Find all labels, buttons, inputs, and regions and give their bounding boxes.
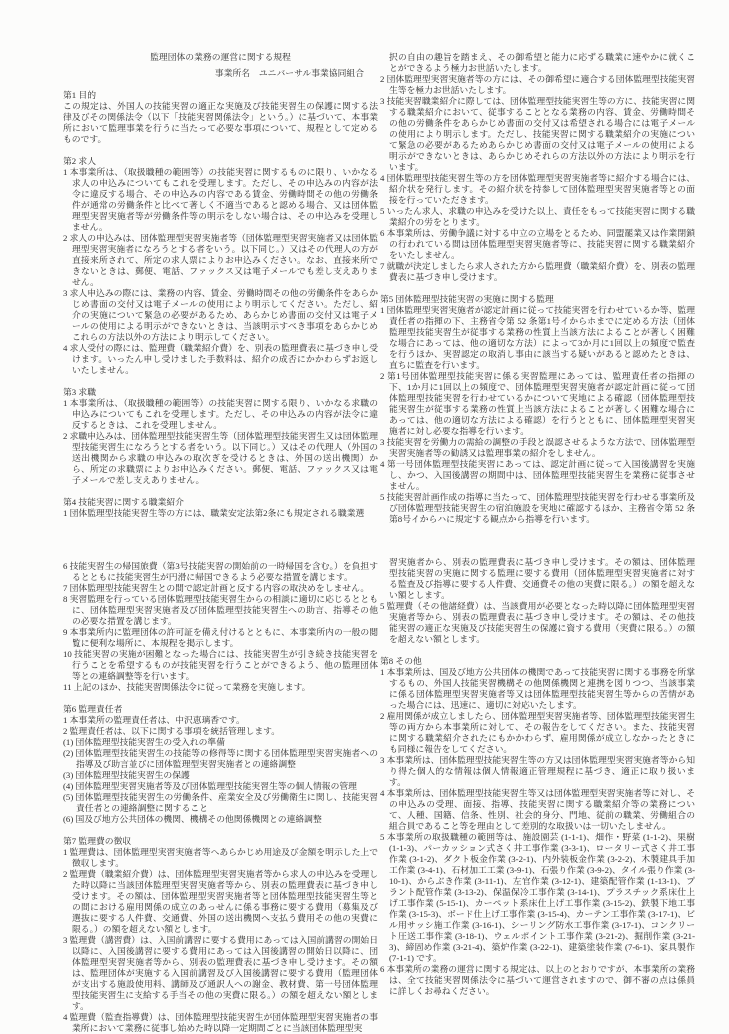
page-bottom-right: 習実施者から、別表の監理費表に基づき申し受けます。その額は、団体監理型技能実習の…	[380, 557, 695, 997]
text-line: 2 監理費（職業紹介費）は、団体監理型実習実施者等から求人の申込みを受理した時以…	[63, 869, 378, 935]
text-line: 3 技能実習職業紹介に際しては、団体監理型技能実習生等の方に、技能実習に関する職…	[380, 96, 695, 173]
text-line: 択の自由の趣旨を踏まえ、その御希望と能力に応ずる職業に速やかに就くことができるよ…	[380, 52, 695, 74]
text-line: 4 団体監理型技能実習生等の方を団体監理型実習実施者等に紹介する場合には、紹介状…	[380, 173, 695, 206]
text-line: 5 技能実習計画作成の指導に当たって、団体監理型技能実習を行わせる事業所及び団体…	[380, 492, 695, 525]
text-line: 6 本事業所の業務の運営に関する規定は、以上のとおりですが、本事業所の業務は、全…	[380, 964, 695, 997]
text-line: 2 求職申込みは、団体監理型技能実習生等（団体監理型技能実習生又は団体監理型技能…	[63, 431, 378, 486]
text-line: 3 技能実習を労働力の需給の調整の手段と誤認させるような方法で、団体監理型実習実…	[380, 437, 695, 459]
spacer	[63, 145, 378, 156]
text-line: 6 本事業所は、労働争議に対する中立の立場をとるため、同盟罷業又は作業閉鎖の行わ…	[380, 228, 695, 261]
spacer	[63, 486, 378, 497]
spacer	[380, 283, 695, 294]
text-line: 2 雇用関係が成立しましたら、団体監理型実習実施者等、団体監理型技能実習生等の両…	[380, 711, 695, 755]
text-line: 4 監理費（監査指導費）は、団体監理型技能実習生が団体監理型実習実施者の事業所に…	[63, 1012, 378, 1034]
text-line: 8 実習監理を行っている団体監理型技能実習生からの相談に適切に応じるとともに、団…	[63, 594, 378, 627]
text-line: この規定は、外国人の技能実習の適正な実施及び技能実習生の保護に関する法律及びその…	[63, 101, 378, 145]
text-line: 7 団体監理型技能実習生との間で認定計画と反する内容の取決めをしません。	[63, 583, 378, 594]
text-line: 6 技能実習生の帰国旅費（第3号技能実習の開始前の一時帰国を含む。）を負担すると…	[63, 561, 378, 583]
page-bottom-left: 6 技能実習生の帰国旅費（第3号技能実習の開始前の一時帰国を含む。）を負担すると…	[63, 561, 378, 1034]
page-top-right: 択の自由の趣旨を踏まえ、その御希望と能力に応ずる職業に速やかに就くことができるよ…	[380, 52, 695, 525]
spacer	[63, 693, 378, 704]
document-sheet: 監理団体の業務の運営に関する規程事業所名 ユニバーサル事業協同組合第1 目的この…	[0, 0, 729, 1024]
section-heading: 第8 その他	[380, 656, 695, 667]
text-line: 1 監理費は、団体監理型実習実施者等へあらかじめ用途及び金額を明示した上で徴収し…	[63, 847, 378, 869]
text-line: 4 本事業所は、団体監理型技能実習生等又は団体監理型実習実施者等に対し、その申込…	[380, 788, 695, 832]
spacer	[63, 825, 378, 836]
section-heading: 第6 監理責任者	[63, 704, 378, 715]
text-line: 4 第一号団体監理型技能実習にあっては、認定計画に従って入国後講習を実施し、かつ…	[380, 459, 695, 492]
text-line: (4) 団体監理型実習実施者等及び団体監理型技能実習生等の個人情報の管理	[63, 781, 378, 792]
text-line: 11 上記のほか、技能実習関係法令に従って業務を実施します。	[63, 682, 378, 693]
section-heading: 第4 技能実習に関する職業紹介	[63, 497, 378, 508]
text-line: 1 団体監理型技能実習生等の方には、職業安定法第2条にも規定される職業選	[63, 508, 378, 519]
text-line: (2) 団体監理型技能実習生の技能等の修得等に関する団体監理型実習実施者への指導…	[63, 748, 378, 770]
text-line: 5 いったん求人、求職の申込みを受けた以上、責任をもって技能実習に関する職業紹介…	[380, 206, 695, 228]
text-line: 3 本事業所は、団体監理型技能実習生等の方又は団体監理型実習実施者等から知り得た…	[380, 755, 695, 788]
text-line: 1 本事業所は、（取扱職種の範囲等）の技能実習に関するものに限り、いかなる求人の…	[63, 167, 378, 233]
spacer	[380, 645, 695, 656]
text-line: (5) 団体監理型技能実習生の労働条件、産業安全及び労働衛生に関し、技能実習責任…	[63, 792, 378, 814]
text-line: 1 本事業所は、国及び地方公共団体の機関であって技能実習に関する事務を所掌するも…	[380, 667, 695, 711]
section-heading: 第3 求職	[63, 387, 378, 398]
office-name: 事業所名 ユニバーサル事業協同組合	[63, 68, 378, 79]
text-line: 10 技能実習の実施が困難となった場合には、技能実習生が引き続き技能実習を行うこ…	[63, 649, 378, 682]
text-line: 2 第1号団体監理型技能実習に係る実習監理にあっては、監理責任者の指揮の下、1か…	[380, 371, 695, 437]
text-line: 5 本事業所の取扱職種の範囲等は、施設園芸 (1-1-1)、畑作・野菜 (1-1…	[380, 832, 695, 964]
text-line: 2 団体監理型実習実施者等の方には、その御希望に適合する団体監理型技能実習生等を…	[380, 74, 695, 96]
doc-title: 監理団体の業務の運営に関する規程	[63, 52, 378, 63]
text-line: 3 求人申込みの際には、業務の内容、賃金、労働時間その他の労働条件をあらかじめ書…	[63, 288, 378, 343]
text-line: 2 求人の申込みは、団体監理型実習実施者等（団体監理型実習実施者又は団体監理型実…	[63, 233, 378, 288]
text-line: 1 団体監理型実習実施者が認定計画に従って技能実習を行わせているか等、監理責任者…	[380, 305, 695, 371]
text-line: 習実施者から、別表の監理費表に基づき申し受けます。その額は、団体監理型技能実習の…	[380, 557, 695, 601]
text-line: (6) 国及び地方公共団体の機関、機構その他関係機関との連絡調整	[63, 814, 378, 825]
text-line: 2 監理責任者は、以下に関する事項を統括管理します。	[63, 726, 378, 737]
spacer	[63, 79, 378, 90]
text-line: 1 本事業所は、（取扱職種の範囲等）の技能実習に関する限り、いかなる求職の申込み…	[63, 398, 378, 431]
spacer	[63, 376, 378, 387]
text-line: (1) 団体監理型技能実習生の受入れの準備	[63, 737, 378, 748]
text-line: 7 就職が決定しましたら求人された方から監理費（職業紹介費）を、別表の監理費表に…	[380, 261, 695, 283]
text-line: (3) 団体監理型技能実習生の保護	[63, 770, 378, 781]
text-line: 3 監理費（講習費）は、入国前講習に要する費用にあっては入国前講習の開始日以降に…	[63, 935, 378, 1012]
page-top-left: 監理団体の業務の運営に関する規程事業所名 ユニバーサル事業協同組合第1 目的この…	[63, 52, 378, 519]
text-line: 4 求人受付の際には、監理費（職業紹介費）を、別表の監理費表に基づき申し受けます…	[63, 343, 378, 376]
section-heading: 第2 求人	[63, 156, 378, 167]
section-heading: 第5 団体監理型技能実習の実施に関する監理	[380, 294, 695, 305]
section-heading: 第7 監理費の徴収	[63, 836, 378, 847]
text-line: 5 監理費（その他諸経費）は、当該費用が必要となった時以降に団体監理型実習実施者…	[380, 601, 695, 645]
section-heading: 第1 目的	[63, 90, 378, 101]
text-line: 1 本事業所の監理責任者は、中沢恵璃香です。	[63, 715, 378, 726]
text-line: 9 本事業所内に監理団体の許可証を備え付けるとともに、本事業所内の一般の閲覧に便…	[63, 627, 378, 649]
